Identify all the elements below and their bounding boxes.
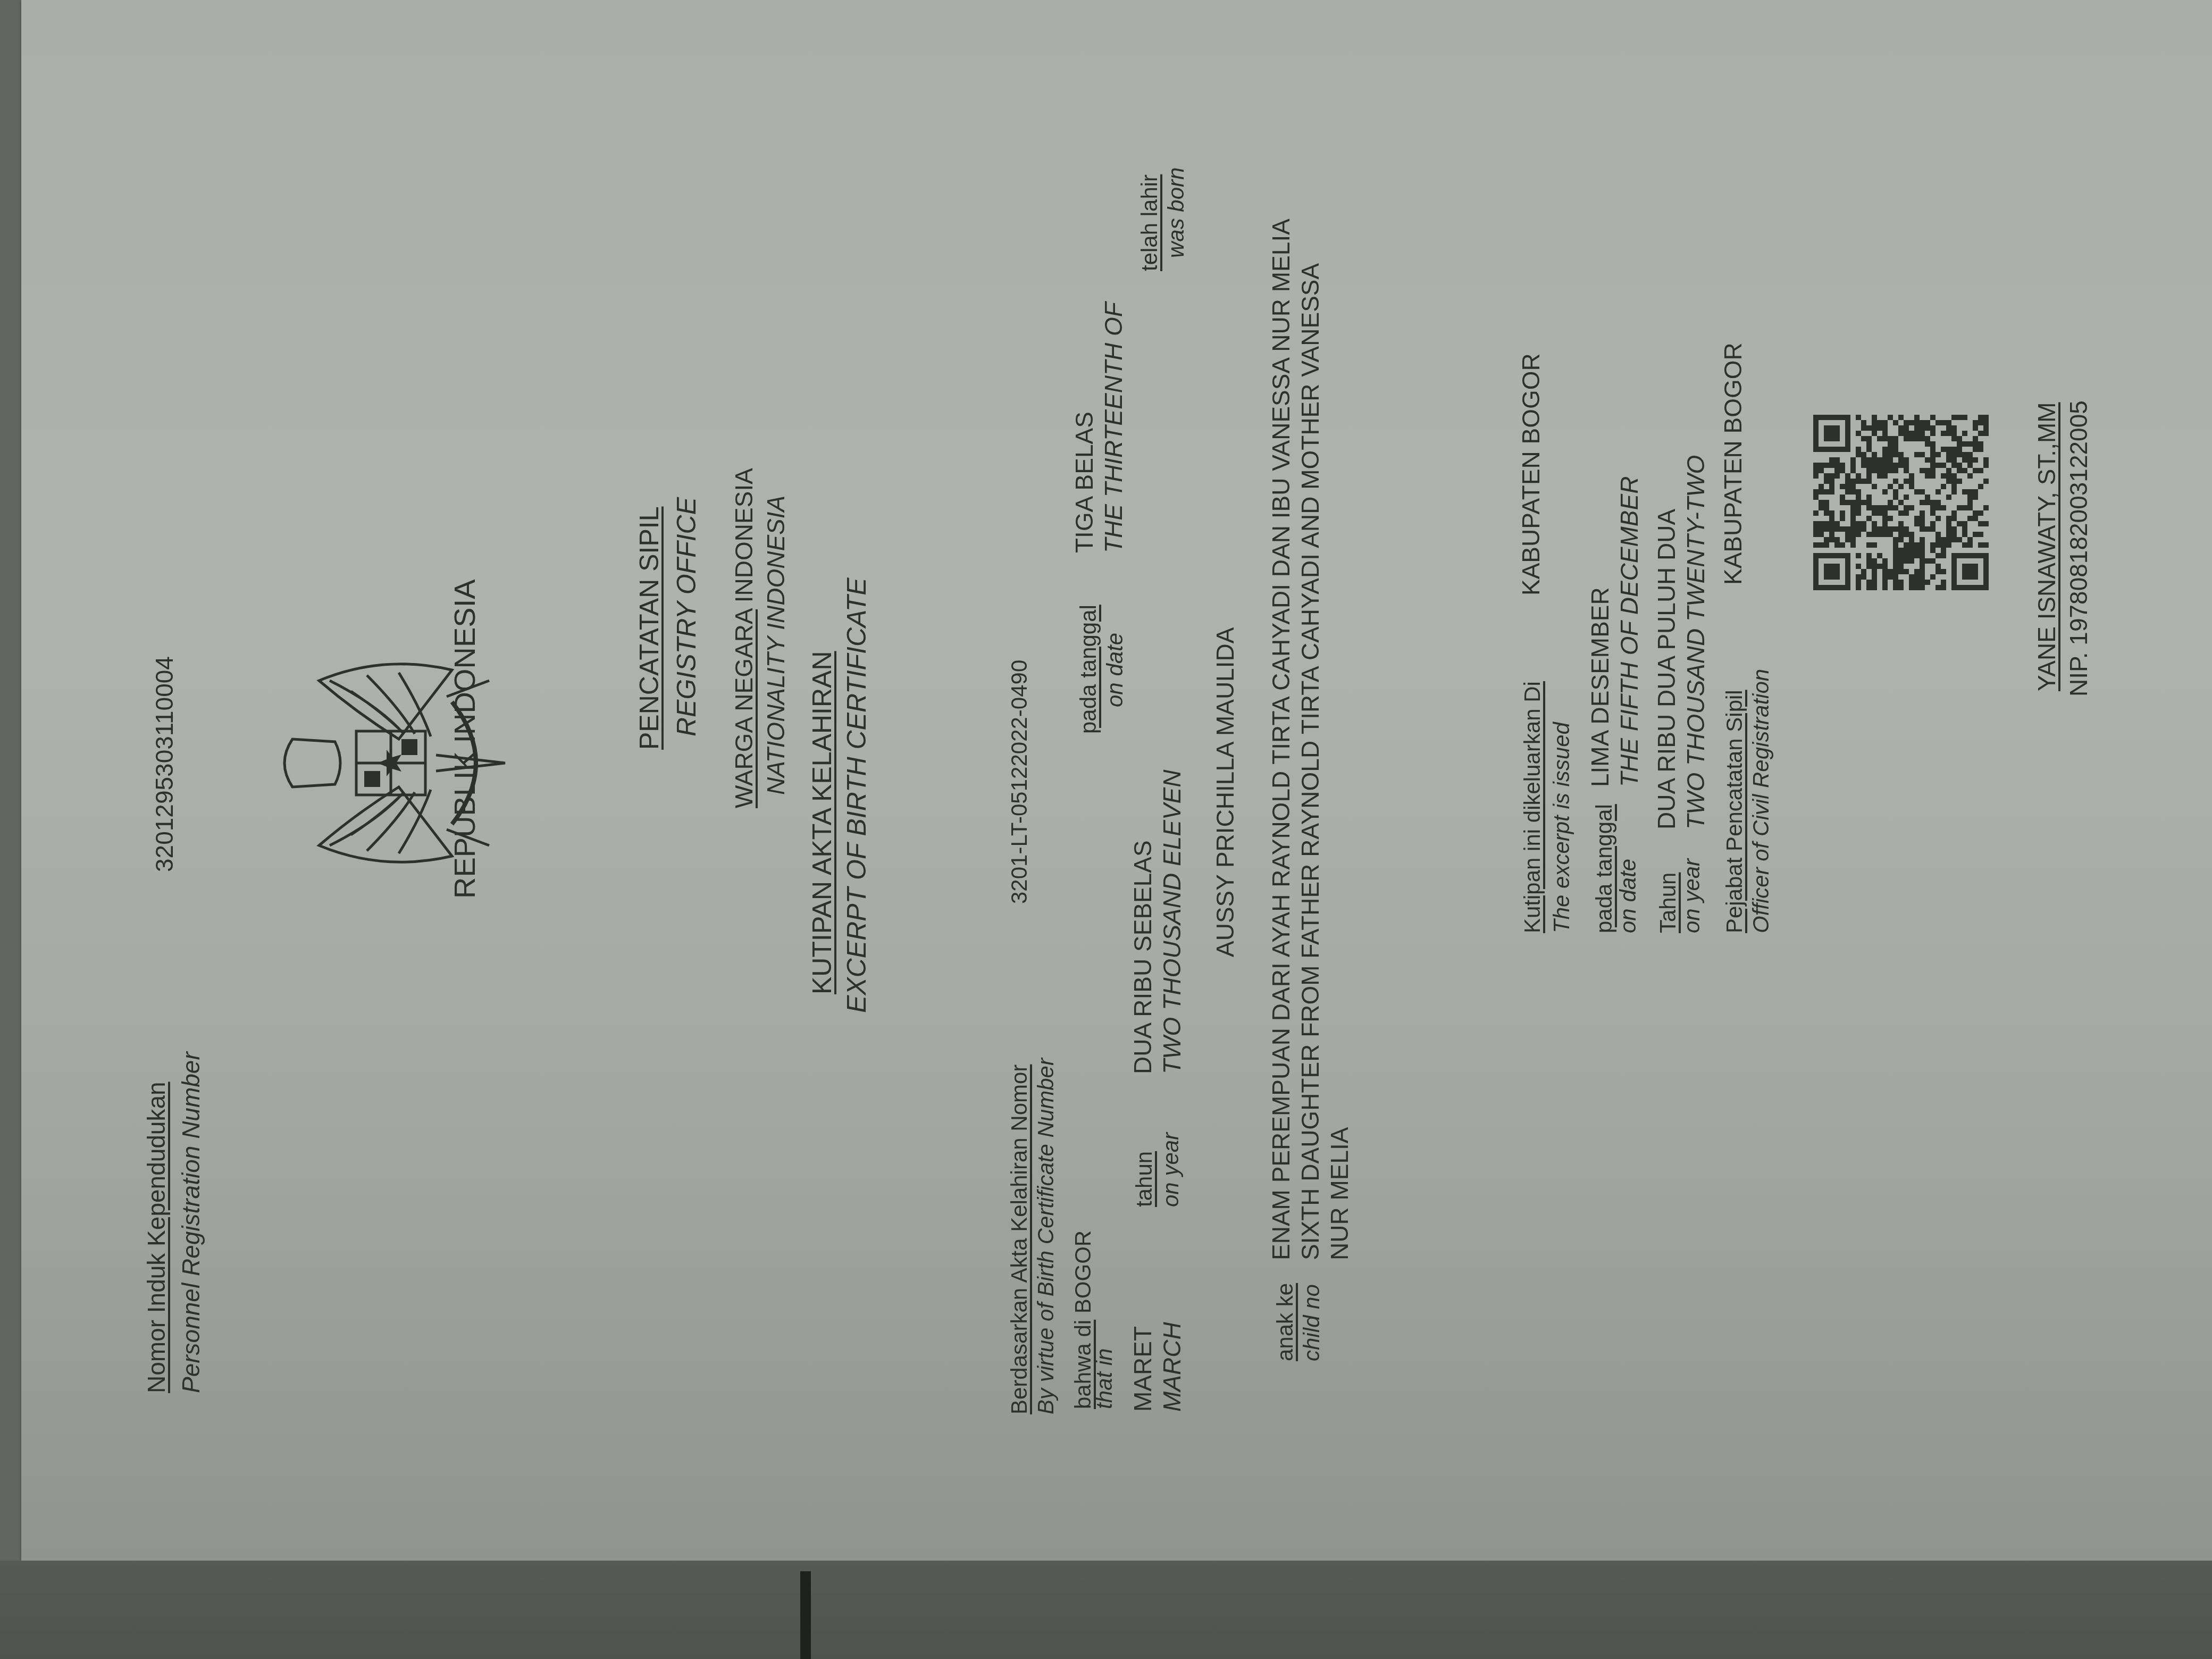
nationality-value-en: INDONESIA [762,496,790,630]
qr-code-icon [1813,415,1989,590]
issue-date-value: LIMA DESEMBER [1587,587,1613,787]
nationality-row: WARGA NEGARA INDONESIA [731,468,757,808]
country-title: REPUBLIK INDONESIA [449,579,481,899]
issue-year-value: DUA RIBU DUA PULUH DUA [1654,509,1679,829]
nik-label-en: Personnel Registration Number [178,1052,204,1393]
birth-place-label-en: that in [1093,1348,1116,1409]
nationality-label: WARGA NEGARA [730,609,758,808]
document-title-en: EXCERPT OF BIRTH CERTIFICATE [843,577,871,1013]
issue-date-label: pada tanggal [1593,804,1616,933]
child-name: AUSSY PRICHILLA MAULIDA [1212,627,1238,957]
issued-at-label-en: The excerpt is issued [1550,722,1573,933]
born-label-en: was born [1164,167,1188,258]
issue-date-label-en: on date [1616,859,1640,933]
signatory-nip: NIP. 197808182003122005 [2066,400,2091,697]
birth-month-value-en: MARCH [1159,1322,1185,1412]
born-label: telah lahir [1138,174,1161,271]
officer-label: Pejabat Pencatatan Sipil [1723,690,1746,933]
officer-region: KABUPATEN BOGOR [1720,342,1746,585]
nationality-label-en: NATIONALITY [762,637,790,795]
cert-number-label: Berdasarkan Akta Kelahiran Nomor [1008,1065,1031,1414]
issued-at-label: Kutipan ini dikeluarkan Di [1521,681,1544,933]
child-no-label-en: child no [1300,1284,1323,1361]
signatory-name: YANE ISNAWATY, ST.,MM [2034,402,2059,691]
child-order-line-1: ENAM PEREMPUAN DARI AYAH RAYNOLD TIRTA C… [1268,219,1294,1260]
issue-year-value-en: TWO THOUSAND TWENTY-TWO [1683,455,1708,829]
issue-date-value-en: THE FIFTH OF DECEMBER [1616,476,1642,787]
background-surface-bottom [0,1561,2212,1659]
garuda-emblem-icon [276,649,526,877]
document-sheet: Nomor Induk Kependudukan Personnel Regis… [0,0,2212,1659]
birth-day-value-en: THE THIRTEENTH OF [1101,302,1126,553]
officer-label-en: Officer of Civil Registration [1749,669,1773,933]
issued-at-value: KABUPATEN BOGOR [1518,353,1544,596]
nationality-value: INDONESIA [730,468,758,602]
issue-year-label: Tahun [1656,873,1680,933]
birth-year-label-en: on year [1159,1133,1183,1207]
child-order-line-3: NUR MELIA [1327,1127,1352,1260]
nik-value: 3201295303110004 [152,656,177,872]
document-title: KUTIPAN AKTA KELAHIRAN [808,651,836,994]
birth-place-value: BOGOR [1070,1230,1095,1313]
cert-number-label-en: By virtue of Birth Certificate Number [1034,1058,1058,1414]
nik-label: Nomor Induk Kependudukan [144,1082,169,1393]
cert-number-value: 3201-LT-05122022-0490 [1008,660,1031,904]
office-title: PENCATATAN SIPIL [635,507,664,750]
office-title-en: REGISTRY OFFICE [673,497,701,736]
birth-day-value: TIGA BELAS [1071,412,1097,553]
birth-year-value: DUA RIBU SEBELAS [1130,840,1155,1074]
birth-year-value-en: TWO THOUSAND ELEVEN [1159,769,1185,1074]
birth-year-label: tahun [1133,1151,1156,1207]
child-order-line-2: SIXTH DAUGHTER FROM FATHER RAYNOLD TIRTA… [1297,263,1323,1260]
birth-date-label: pada tanggal [1077,605,1100,734]
issue-year-label-en: on year [1680,859,1704,933]
pen-object [800,1571,811,1659]
birth-date-label-en: on date [1103,633,1127,707]
birth-month-value: MARET [1130,1326,1155,1412]
child-no-label: anak ke [1273,1283,1297,1361]
nationality-row-en: NATIONALITY INDONESIA [763,496,789,795]
